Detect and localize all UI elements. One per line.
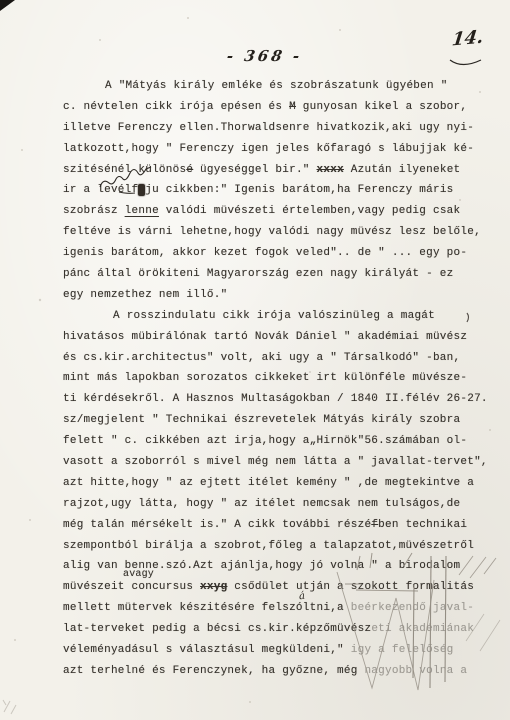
text-segment: mellett mütervek készitésére felszóltni,…	[63, 602, 351, 614]
typed-line: azt hitte,hogy " az ejtett itélet kemény…	[63, 477, 510, 498]
typed-line: feltéve is várni lehetne,hogy valódi nag…	[63, 226, 510, 247]
typed-line: müvészeit concursus xxyg csődület utján …	[63, 581, 510, 602]
typed-line: lat-terveket pedig a bécsi cs.kir.képzőm…	[63, 623, 510, 644]
page-number: - 368 -	[225, 47, 303, 65]
typed-line: A rosszindulatu cikk irója valószinüleg …	[63, 310, 510, 331]
typed-line: azt terhelné és Ferenczynek, ha győzne, …	[63, 665, 510, 686]
text-segment: valódi müvészeti értelemben,vagy pedig c…	[159, 205, 460, 217]
text-segment: xxxx	[317, 164, 344, 176]
typed-line: sz/megjelent " Technikai észrevetelek Má…	[63, 414, 510, 435]
typed-line: rajzot,ugy látta, hogy " az itélet nemcs…	[63, 498, 510, 519]
text-segment: pánc által örökiteni Magyarország ezen n…	[63, 268, 454, 280]
text-segment: ir a levélf	[63, 184, 138, 196]
text-segment: azt terhelné és Ferenczynek, ha győzne, …	[63, 665, 364, 677]
typed-line: még talán mérsékelt is." A cikk további …	[63, 519, 510, 540]
typed-line: felett " c. cikkében azt irja,hogy a„Hir…	[63, 435, 510, 456]
text-segment: A "Mátyás király emléke és szobrászatunk…	[105, 80, 448, 92]
text-segment: eti akadémiának	[371, 623, 474, 635]
text-segment: latkozott,hogy " Ferenczy igen jeles kőf…	[63, 143, 474, 155]
text-segment: Azután ilyeneket	[344, 164, 460, 176]
text-segment: felett " c. cikkében azt irja,hogy a„Hir…	[63, 435, 467, 447]
text-segment: véleményadásul s választásul megküldeni,…	[63, 644, 351, 656]
text-segment: lenne	[125, 205, 159, 217]
typed-line: pánc által örökiteni Magyarország ezen n…	[63, 268, 510, 289]
text-segment: c. névtelen cikk irója epésen és	[63, 101, 289, 113]
typed-line: hivatásos mübirálónak tartó Novák Dániel…	[63, 331, 510, 352]
typed-line: szempontból birálja a szobrot,főleg a ta…	[63, 540, 510, 561]
text-segment: sz/megjelent " Technikai észrevetelek Má…	[63, 414, 460, 426]
text-segment: ti kérdésekről. A Hasznos Multaságokban …	[63, 393, 488, 405]
text-segment: mint más lapokban sorozatos cikkeket irt…	[63, 372, 467, 384]
text-segment: szempontból birálja a szobrot,főleg a ta…	[63, 540, 474, 552]
interline-insertion: avagy	[123, 569, 154, 580]
text-segment: müvészeit concursus	[63, 581, 200, 593]
corner-number-underline	[450, 60, 481, 65]
typed-line: illetve Ferenczy ellen.Thorwaldsenre hiv…	[63, 122, 510, 143]
text-segment: igy a felelőség	[351, 644, 454, 656]
typed-line: igenis barátom, akkor kezet fogok veled"…	[63, 247, 510, 268]
corner-fold-mark	[0, 0, 15, 11]
text-segment: feltéve is várni lehetne,hogy valódi nag…	[63, 226, 481, 238]
document-page: - 368 - 14. A "Mátyás király emléke és s…	[0, 0, 510, 720]
text-segment: lat-terveket pedig a bécsi cs.kir.képzőm…	[63, 623, 371, 635]
text-segment: illetve Ferenczy ellen.Thorwaldsenre hiv…	[63, 122, 474, 134]
text-segment: hivatásos mübirálónak tartó Novák Dániel…	[63, 331, 467, 343]
text-segment: ben technikai	[378, 519, 467, 531]
text-segment: rajzot,ugy látta, hogy " az itélet nemcs…	[63, 498, 460, 510]
typed-line: szitésénél különösé ügyeséggel bir." xxx…	[63, 164, 510, 185]
text-segment: és cs.kir.architectus" volt, aki ugy a "…	[63, 352, 460, 364]
typed-line: és cs.kir.architectus" volt, aki ugy a "…	[63, 352, 510, 373]
text-segment: vasott a szoborról s mivel még nem látta…	[63, 456, 488, 468]
typed-text: A "Mátyás király emléke és szobrászatunk…	[63, 80, 510, 686]
text-segment: még talán mérsékelt is." A cikk további …	[63, 519, 371, 531]
typed-line: véleményadásul s választásul megküldeni,…	[63, 644, 510, 665]
typed-line: szobrász lenne valódi müvészeti értelemb…	[63, 205, 510, 226]
typed-line: mint más lapokban sorozatos cikkeket irt…	[63, 372, 510, 393]
text-segment: A rosszindulatu cikk irója valószinüleg …	[113, 310, 435, 322]
text-segment: egy nemzethez nem illő."	[63, 289, 227, 301]
typed-line: ir a levélfiju cikkben:" Igenis barátom,…	[63, 184, 510, 205]
text-segment: szobrász	[63, 205, 125, 217]
text-segment: nagyobb volna a	[364, 665, 467, 677]
text-segment: ju cikkben:" Igenis barátom,ha Ferenczy …	[145, 184, 453, 196]
bottom-left-smudge	[3, 700, 16, 714]
typed-line: egy nemzethez nem illő."	[63, 289, 510, 310]
caret-insertion: á	[298, 591, 305, 603]
text-segment: azt hitte,hogy " az ejtett itélet kemény…	[63, 477, 474, 489]
text-segment: gunyosan kikel a szobor,	[296, 101, 467, 113]
text-segment: csődület utján a szokott formalitás	[227, 581, 474, 593]
text-segment: szitésénél különös	[63, 164, 186, 176]
text-segment: xxyg	[200, 581, 227, 593]
typed-line: A "Mátyás király emléke és szobrászatunk…	[63, 80, 510, 101]
text-segment: ügyeséggel bir."	[193, 164, 316, 176]
corner-page-number: 14.	[451, 26, 485, 50]
text-segment: igenis barátom, akkor kezet fogok veled"…	[63, 247, 467, 259]
typed-line: ti kérdésekről. A Hasznos Multaságokban …	[63, 393, 510, 414]
text-segment: M	[289, 101, 296, 113]
typed-line: latkozott,hogy " Ferenczy igen jeles kőf…	[63, 143, 510, 164]
typed-line: mellett mütervek készitésére felszóltni,…	[63, 602, 510, 623]
typed-line: c. névtelen cikk irója epésen és M gunyo…	[63, 101, 510, 122]
text-segment: beérkezendő javal-	[351, 602, 474, 614]
typed-line: vasott a szoborról s mivel még nem látta…	[63, 456, 510, 477]
